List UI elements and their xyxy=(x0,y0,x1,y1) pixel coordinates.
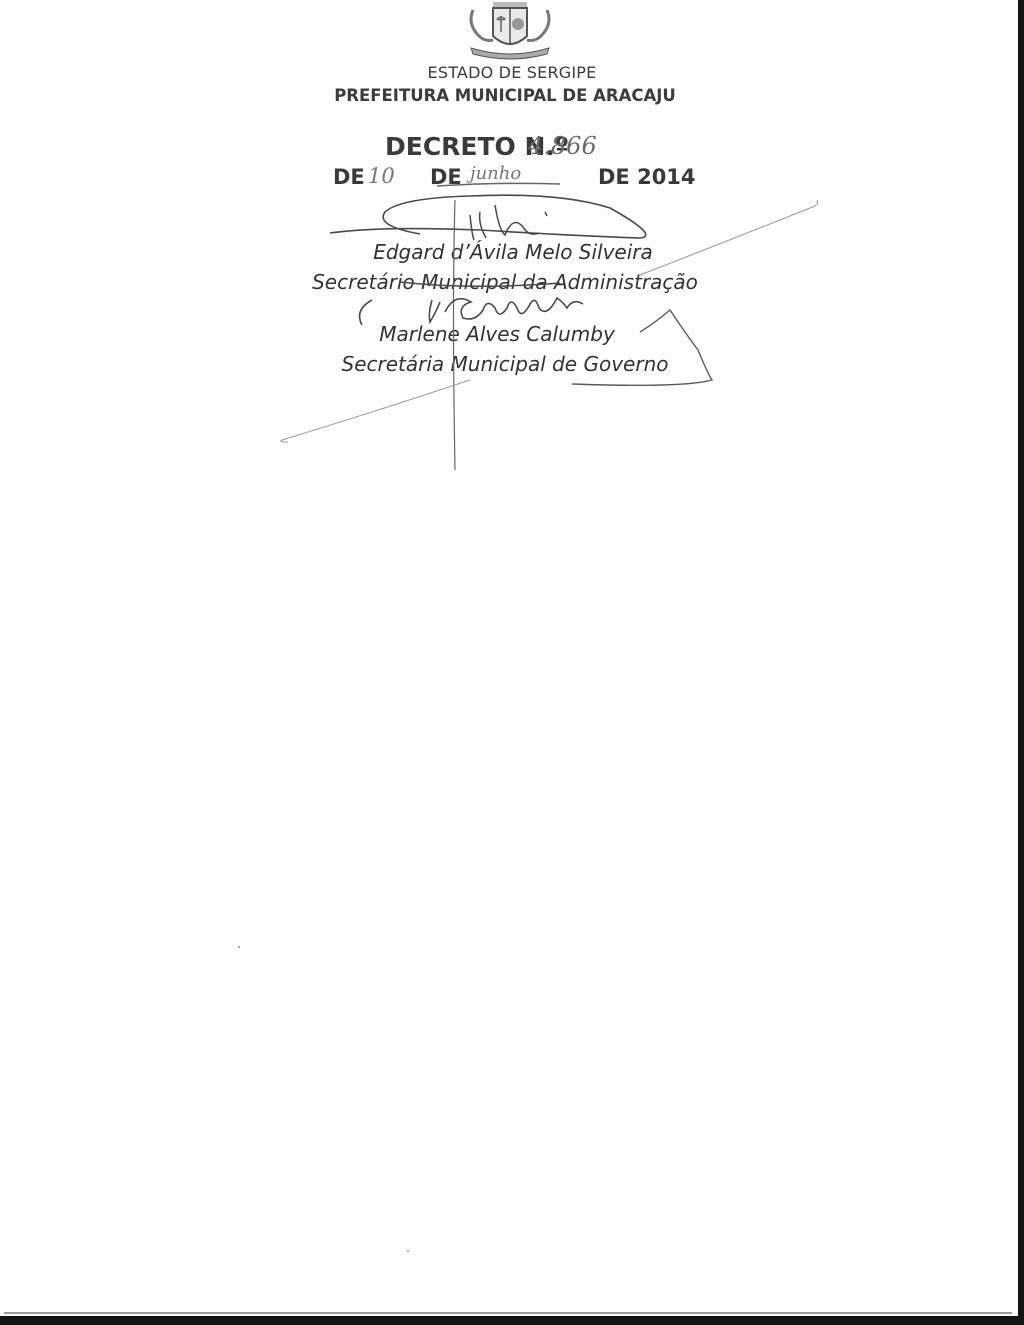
signatory-1-role: Secretário Municipal da Administração xyxy=(0,270,1010,294)
scan-rule xyxy=(4,1312,1012,1314)
state-name: ESTADO DE SERGIPE xyxy=(0,63,1024,82)
coat-of-arms-icon xyxy=(463,0,557,60)
scan-border-bottom xyxy=(0,1316,1024,1325)
date-mid: DE xyxy=(430,165,462,189)
decree-number-handwritten: 4.866 xyxy=(528,132,597,160)
date-year: DE 2014 xyxy=(598,165,696,189)
scan-speck xyxy=(238,946,240,948)
date-day-handwritten: 10 xyxy=(368,164,395,188)
date-prefix: DE xyxy=(333,165,365,189)
signatory-1-name: Edgard d’Ávila Melo Silveira xyxy=(8,240,1018,264)
scan-border-right xyxy=(1018,0,1024,1325)
signatory-2-name: Marlene Alves Calumby xyxy=(0,322,1002,346)
prefecture-name: PREFEITURA MUNICIPAL DE ARACAJU xyxy=(0,86,1010,105)
date-month-handwritten: junho xyxy=(470,163,521,184)
signatory-2-role: Secretária Municipal de Governo xyxy=(0,352,1010,376)
handwritten-signatures xyxy=(0,0,1024,1325)
scanned-page: ESTADO DE SERGIPE PREFEITURA MUNICIPAL D… xyxy=(0,0,1024,1325)
scan-speck xyxy=(407,1250,409,1252)
